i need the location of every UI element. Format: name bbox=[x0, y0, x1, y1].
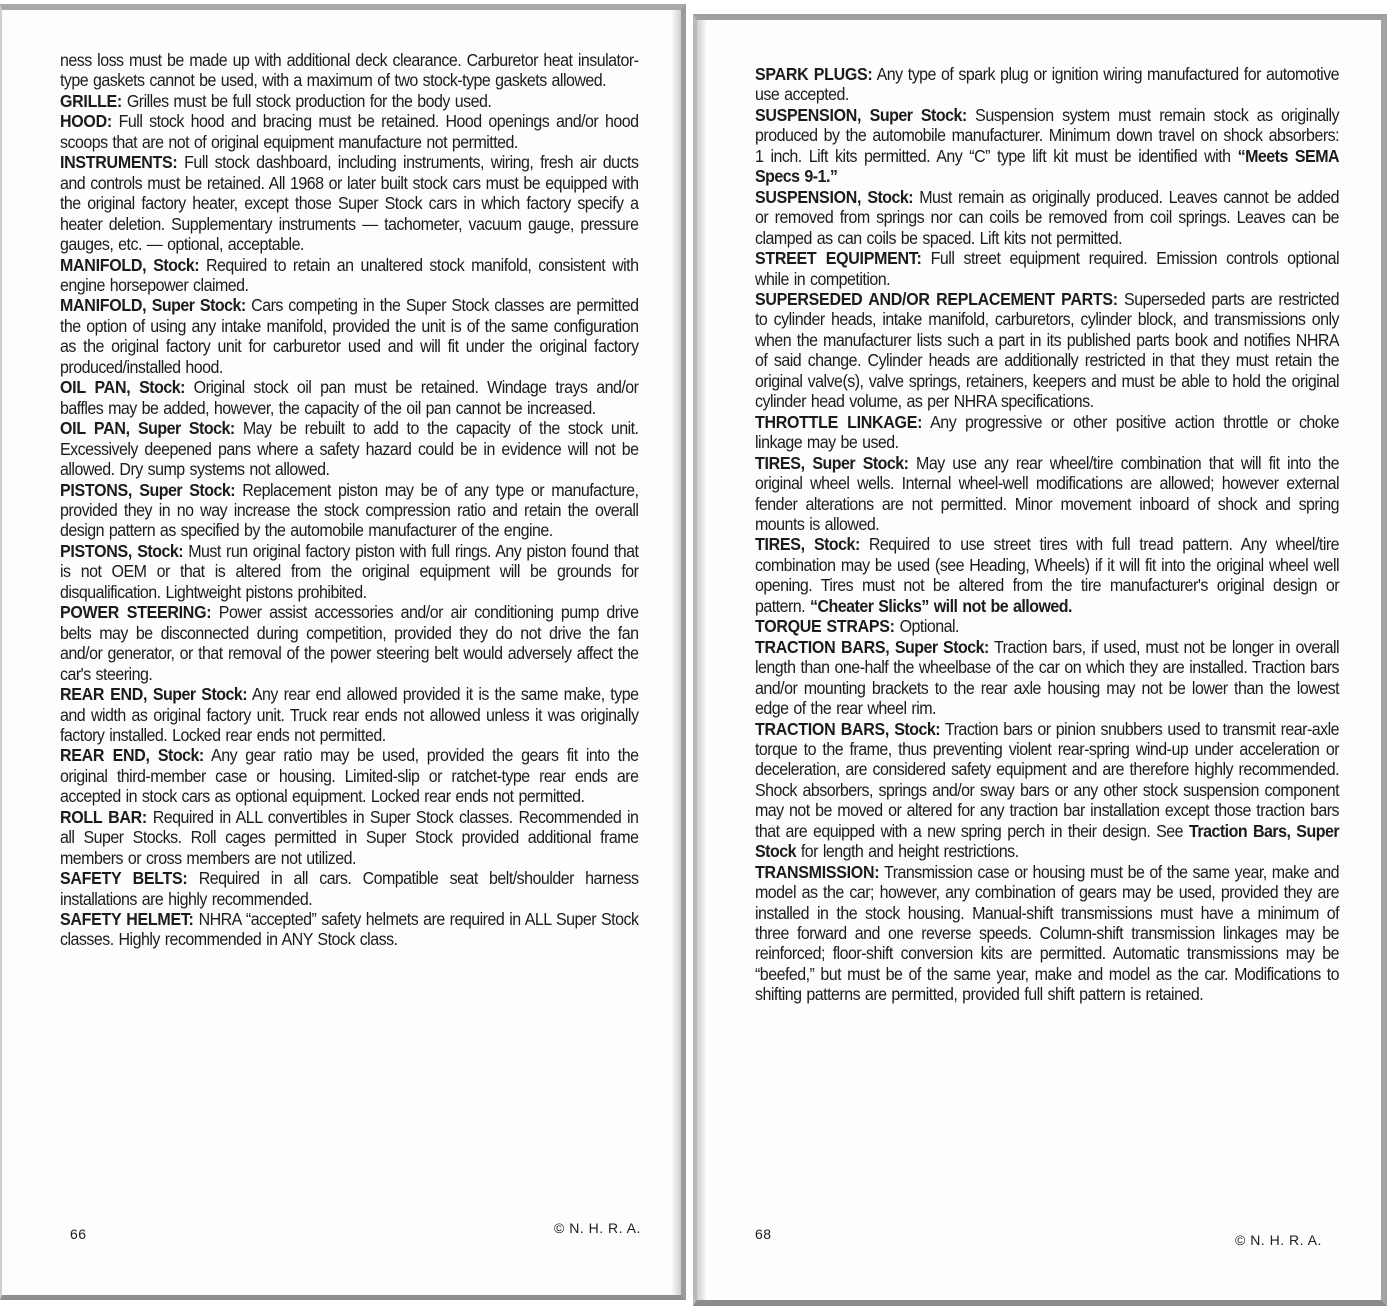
rule-entry: STREET EQUIPMENT: Full street equipment … bbox=[755, 248, 1339, 289]
rule-entry: SUSPENSION, Super Stock: Suspension syst… bbox=[755, 105, 1339, 187]
rule-term: TRACTION BARS, bbox=[755, 719, 889, 739]
rule-entry: ROLL BAR: Required in ALL convertibles i… bbox=[60, 807, 638, 868]
gutter-shadow bbox=[697, 20, 707, 1300]
rule-entry: OIL PAN, Stock: Original stock oil pan m… bbox=[60, 377, 638, 418]
rule-term: REAR END, bbox=[60, 745, 150, 765]
rule-term: TIRES, bbox=[755, 534, 805, 554]
rule-qualifier: Stock: bbox=[158, 745, 204, 765]
rule-text: Any rear end allowed provided it is the … bbox=[60, 684, 638, 745]
rule-term: TRANSMISSION: bbox=[755, 862, 879, 882]
copyright-notice: © N. H. R. A. bbox=[554, 1220, 641, 1236]
rule-qualifier: Super Stock: bbox=[152, 295, 246, 315]
rule-qualifier: Super Stock: bbox=[812, 453, 908, 473]
rule-term: REAR END, bbox=[60, 684, 147, 704]
rule-term: ROLL BAR: bbox=[60, 807, 147, 827]
rule-text: Grilles must be full stock production fo… bbox=[127, 91, 491, 111]
rule-entry: TORQUE STRAPS: Optional. bbox=[755, 616, 1339, 636]
rule-term: STREET EQUIPMENT: bbox=[755, 248, 922, 268]
rule-entry: SUPERSEDED AND/OR REPLACEMENT PARTS: Sup… bbox=[755, 289, 1339, 412]
rule-entry: MANIFOLD, Stock: Required to retain an u… bbox=[60, 255, 638, 296]
rule-qualifier: Stock: bbox=[894, 719, 940, 739]
rule-entry: REAR END, Stock: Any gear ratio may be u… bbox=[60, 745, 638, 806]
rule-term: THROTTLE LINKAGE: bbox=[755, 412, 922, 432]
rule-text: Cars competing in the Super Stock classe… bbox=[60, 295, 638, 376]
right-page: SPARK PLUGS: Any type of spark plug or i… bbox=[693, 14, 1387, 1306]
rule-emphasis: “Cheater Slicks” will not be allowed. bbox=[810, 596, 1072, 616]
rule-qualifier: Stock: bbox=[814, 534, 860, 554]
rule-entry: TIRES, Stock: Required to use street tir… bbox=[755, 534, 1339, 616]
rule-qualifier: Stock: bbox=[137, 541, 183, 561]
rule-entry: TRACTION BARS, Stock: Traction bars or p… bbox=[755, 719, 1339, 862]
rule-term: SAFETY BELTS: bbox=[60, 868, 187, 888]
rule-entry: ness loss must be made up with additiona… bbox=[60, 50, 638, 91]
left-page-text: ness loss must be made up with additiona… bbox=[60, 50, 638, 950]
rule-entry: MANIFOLD, Super Stock: Cars competing in… bbox=[60, 295, 638, 377]
rule-term: PISTONS, bbox=[60, 480, 132, 500]
rule-entry: SAFETY BELTS: Required in all cars. Comp… bbox=[60, 868, 638, 909]
rule-term: TRACTION BARS, bbox=[755, 637, 889, 657]
right-page-text: SPARK PLUGS: Any type of spark plug or i… bbox=[755, 64, 1339, 1005]
rule-term: OIL PAN, bbox=[60, 377, 130, 397]
rule-text: Optional. bbox=[900, 616, 959, 636]
rule-term: INSTRUMENTS: bbox=[60, 152, 177, 172]
rule-qualifier: Stock: bbox=[153, 255, 199, 275]
rule-entry: SAFETY HELMET: NHRA “accepted” safety he… bbox=[60, 909, 638, 950]
rule-text: Required in ALL convertibles in Super St… bbox=[60, 807, 638, 868]
rule-entry: TIRES, Super Stock: May use any rear whe… bbox=[755, 453, 1339, 535]
rule-entry: SUSPENSION, Stock: Must remain as origin… bbox=[755, 187, 1339, 248]
rule-text-after: for length and height restrictions. bbox=[801, 841, 1019, 861]
rule-term: POWER STEERING: bbox=[60, 602, 211, 622]
rule-entry: REAR END, Super Stock: Any rear end allo… bbox=[60, 684, 638, 745]
left-page: ness loss must be made up with additiona… bbox=[0, 4, 686, 1300]
rule-entry: PISTONS, Stock: Must run original factor… bbox=[60, 541, 638, 602]
rule-term: MANIFOLD, bbox=[60, 295, 146, 315]
rule-text: Required to retain an unaltered stock ma… bbox=[60, 255, 638, 295]
rule-entry: OIL PAN, Super Stock: May be rebuilt to … bbox=[60, 418, 638, 479]
rule-entry: SPARK PLUGS: Any type of spark plug or i… bbox=[755, 64, 1339, 105]
rule-term: GRILLE: bbox=[60, 91, 122, 111]
rule-entry: THROTTLE LINKAGE: Any progressive or oth… bbox=[755, 412, 1339, 453]
rule-entry: PISTONS, Super Stock: Replacement piston… bbox=[60, 480, 638, 541]
rule-term: SUSPENSION, bbox=[755, 105, 861, 125]
rule-entry: TRANSMISSION: Transmission case or housi… bbox=[755, 862, 1339, 1005]
rule-text: Full stock hood and bracing must be reta… bbox=[60, 111, 638, 151]
rule-qualifier: Super Stock: bbox=[139, 480, 235, 500]
copyright-notice: © N. H. R. A. bbox=[1235, 1232, 1322, 1248]
rule-qualifier: Stock: bbox=[139, 377, 185, 397]
rule-term: HOOD: bbox=[60, 111, 112, 131]
rule-entry: HOOD: Full stock hood and bracing must b… bbox=[60, 111, 638, 152]
rule-text: ness loss must be made up with additiona… bbox=[60, 50, 638, 90]
rule-qualifier: Super Stock: bbox=[138, 418, 235, 438]
rule-term: TORQUE STRAPS: bbox=[755, 616, 895, 636]
rule-term: SUPERSEDED AND/OR REPLACEMENT PARTS: bbox=[755, 289, 1118, 309]
rule-qualifier: Super Stock: bbox=[895, 637, 989, 657]
page-number: 66 bbox=[70, 1226, 87, 1242]
rule-entry: POWER STEERING: Power assist accessories… bbox=[60, 602, 638, 684]
rule-term: TIRES, bbox=[755, 453, 805, 473]
rule-entry: INSTRUMENTS: Full stock dashboard, inclu… bbox=[60, 152, 638, 254]
rule-qualifier: Stock: bbox=[867, 187, 913, 207]
page-number: 68 bbox=[755, 1226, 772, 1242]
rule-term: PISTONS, bbox=[60, 541, 132, 561]
rule-entry: GRILLE: Grilles must be full stock produ… bbox=[60, 91, 638, 111]
rule-term: SPARK PLUGS: bbox=[755, 64, 872, 84]
rule-term: OIL PAN, bbox=[60, 418, 130, 438]
rule-qualifier: Super Stock: bbox=[153, 684, 247, 704]
rule-term: SAFETY HELMET: bbox=[60, 909, 194, 929]
rule-term: MANIFOLD, bbox=[60, 255, 146, 275]
rule-term: SUSPENSION, bbox=[755, 187, 861, 207]
rule-text: Transmission case or housing must be of … bbox=[755, 862, 1339, 1005]
gutter-shadow bbox=[671, 10, 681, 1295]
rule-qualifier: Super Stock: bbox=[870, 105, 967, 125]
rule-entry: TRACTION BARS, Super Stock: Traction bar… bbox=[755, 637, 1339, 719]
